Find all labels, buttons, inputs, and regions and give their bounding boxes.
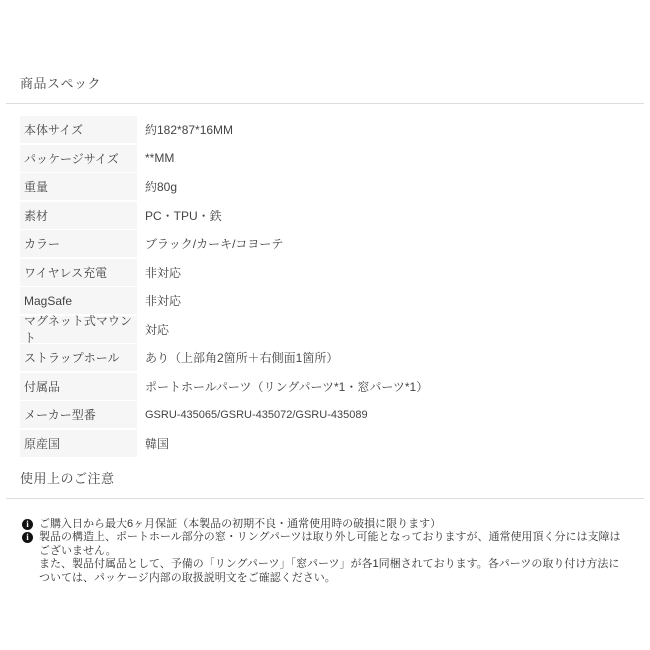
usage-notes-list: i ご購入日から最大6ヶ月保証（本製品の初期不良・通常使用時の破損に限ります） … <box>22 518 622 586</box>
spec-row-model-number: メーカー型番 GSRU-435065/GSRU-435072/GSRU-4350… <box>20 401 650 428</box>
spec-row-material: 素材 PC・TPU・鉄 <box>20 202 650 229</box>
spec-value: あり（上部角2箇所＋右側面1箇所） <box>137 344 338 371</box>
spec-row-wireless-charging: ワイヤレス充電 非対応 <box>20 259 650 286</box>
spec-row-magsafe: MagSafe 非対応 <box>20 287 650 314</box>
spec-row-weight: 重量 約80g <box>20 173 650 200</box>
usage-notes-section: 使用上のご注意 i ご購入日から最大6ヶ月保証（本製品の初期不良・通常使用時の破… <box>0 468 650 586</box>
spec-value: 約182*87*16MM <box>137 116 233 143</box>
spec-label: カラー <box>20 230 137 257</box>
spec-value: ブラック/カーキ/コヨーテ <box>137 230 283 257</box>
spec-section: 商品スペック 本体サイズ 約182*87*16MM パッケージサイズ **MM … <box>0 73 650 457</box>
spec-label: ストラップホール <box>20 344 137 371</box>
spec-row-package-size: パッケージサイズ **MM <box>20 145 650 172</box>
spec-divider <box>6 103 644 104</box>
spec-label: 付属品 <box>20 373 137 400</box>
info-icon: i <box>22 519 33 530</box>
spec-row-magnet-mount: マグネット式マウント 対応 <box>20 316 650 343</box>
usage-notes-divider <box>6 498 644 499</box>
product-spec-page: 商品スペック 本体サイズ 約182*87*16MM パッケージサイズ **MM … <box>0 0 650 585</box>
spec-value: 対応 <box>137 316 169 343</box>
usage-notes-title: 使用上のご注意 <box>20 468 650 487</box>
spec-label: パッケージサイズ <box>20 145 137 172</box>
spec-label: 重量 <box>20 173 137 200</box>
info-icon: i <box>22 532 33 543</box>
spec-row-accessories: 付属品 ポートホールパーツ（リングパーツ*1・窓パーツ*1） <box>20 373 650 400</box>
spec-value: 約80g <box>137 173 177 200</box>
spec-value: PC・TPU・鉄 <box>137 202 222 229</box>
usage-note-text: 製品の構造上、ポートホール部分の窓・リングパーツは取り外し可能となっておりますが… <box>39 531 622 585</box>
spec-label: MagSafe <box>20 287 137 314</box>
spec-label: ワイヤレス充電 <box>20 259 137 286</box>
spec-label: 素材 <box>20 202 137 229</box>
usage-note: i 製品の構造上、ポートホール部分の窓・リングパーツは取り外し可能となっておりま… <box>22 531 622 585</box>
spec-row-body-size: 本体サイズ 約182*87*16MM <box>20 116 650 143</box>
spec-row-color: カラー ブラック/カーキ/コヨーテ <box>20 230 650 257</box>
spec-label: マグネット式マウント <box>20 316 137 343</box>
usage-note-text: ご購入日から最大6ヶ月保証（本製品の初期不良・通常使用時の破損に限ります） <box>39 518 441 532</box>
spec-value: ポートホールパーツ（リングパーツ*1・窓パーツ*1） <box>137 373 428 400</box>
spec-row-country-of-origin: 原産国 韓国 <box>20 430 650 457</box>
usage-note: i ご購入日から最大6ヶ月保証（本製品の初期不良・通常使用時の破損に限ります） <box>22 518 622 532</box>
spec-table: 本体サイズ 約182*87*16MM パッケージサイズ **MM 重量 約80g… <box>20 116 650 457</box>
spec-row-strap-hole: ストラップホール あり（上部角2箇所＋右側面1箇所） <box>20 344 650 371</box>
spec-value: 韓国 <box>137 430 169 457</box>
spec-label: メーカー型番 <box>20 401 137 428</box>
spec-section-title: 商品スペック <box>20 73 650 92</box>
spec-value: 非対応 <box>137 259 181 286</box>
spec-label: 本体サイズ <box>20 116 137 143</box>
spec-value: GSRU-435065/GSRU-435072/GSRU-435089 <box>137 401 368 428</box>
spec-label: 原産国 <box>20 430 137 457</box>
spec-value: **MM <box>137 145 174 172</box>
spec-value: 非対応 <box>137 287 181 314</box>
